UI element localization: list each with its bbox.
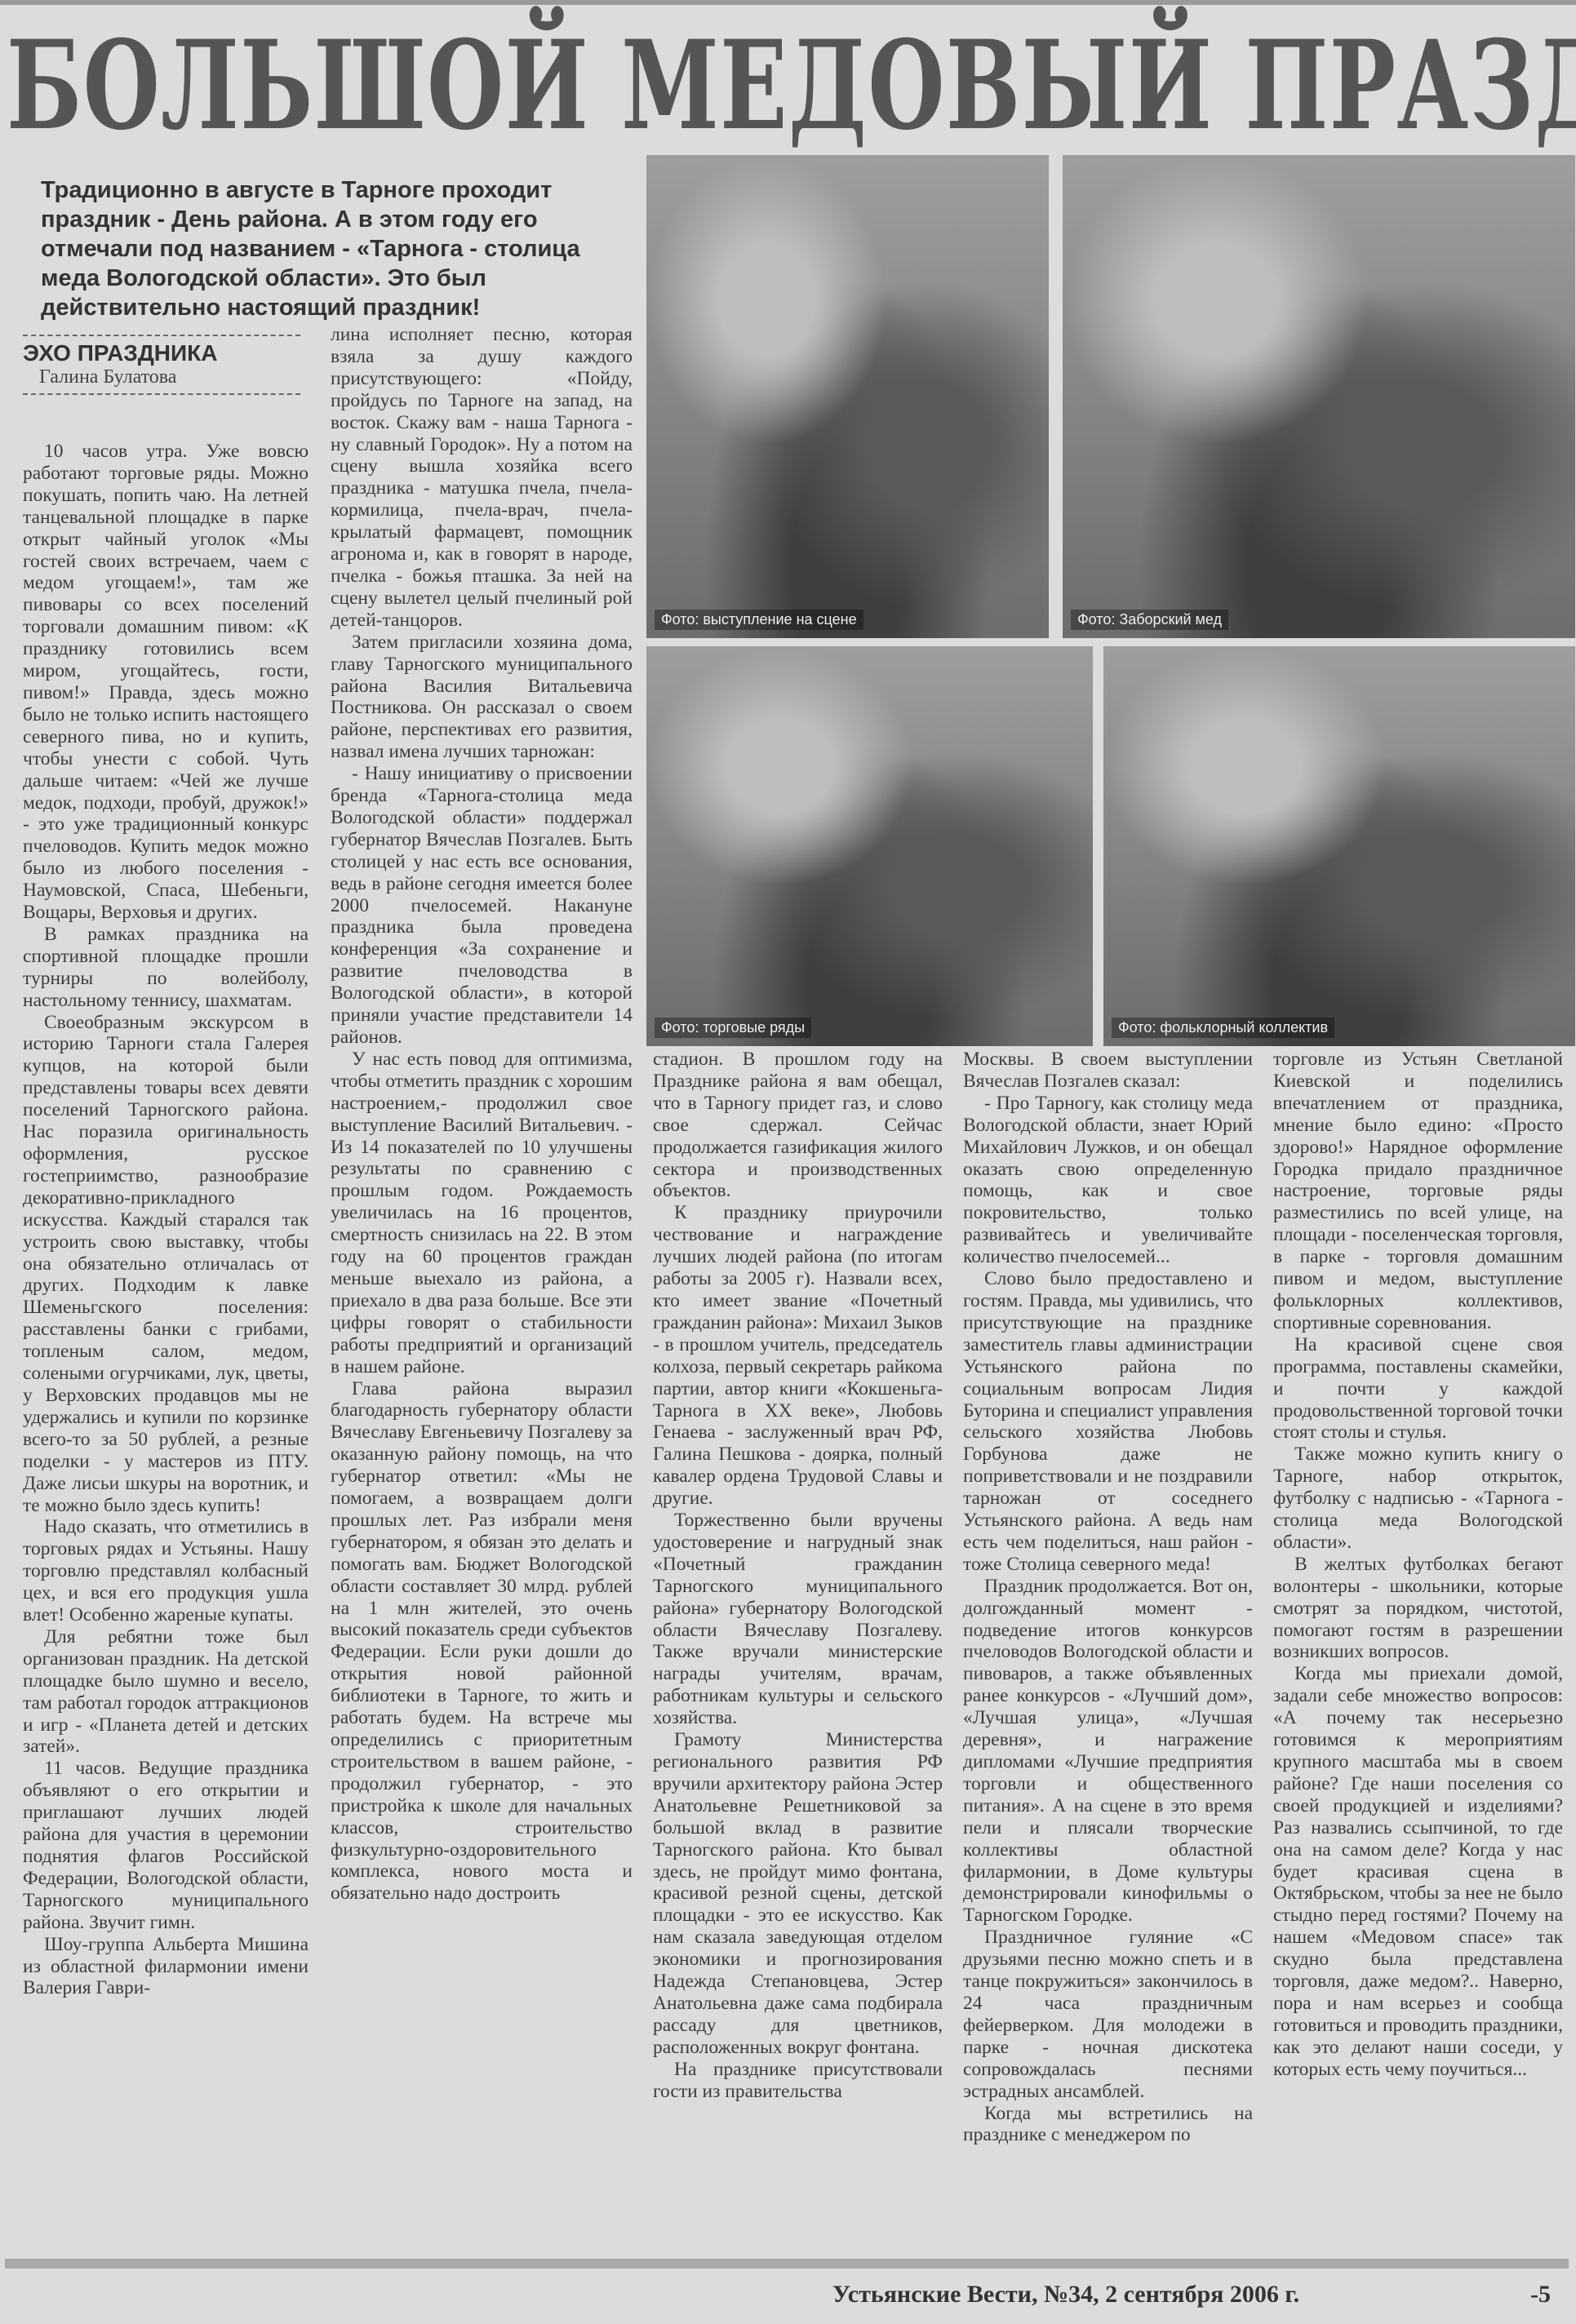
paragraph: - Нашу инициативу о присвоении бренда «Т… xyxy=(331,763,633,1049)
lead-paragraph: Традиционно в августе в Тарноге проходит… xyxy=(41,175,612,322)
photo-market-stall: Фото: торговые ряды xyxy=(646,646,1093,1046)
photo-image xyxy=(1063,155,1575,638)
top-rule xyxy=(0,0,1576,5)
paragraph: Надо сказать, что отметились в торговых … xyxy=(23,1516,309,1626)
photo-caption: Фото: выступление на сцене xyxy=(655,610,863,630)
paragraph: 11 часов. Ведущие праздника объявляют о … xyxy=(23,1758,309,1933)
photo-image xyxy=(1103,646,1575,1046)
paragraph: стадион. В прошлом году на Празднике рай… xyxy=(653,1049,943,1202)
rubric-divider xyxy=(23,388,300,395)
headline: БОЛЬШОЙ МЕДОВЫЙ ПРАЗДНИК xyxy=(7,16,1569,155)
paragraph: Для ребятни тоже был организован праздни… xyxy=(23,1626,309,1758)
rubric-block: ЭХО ПРАЗДНИКА Галина Булатова xyxy=(23,335,300,395)
paragraph: - Про Тарногу, как столицу меда Вологодс… xyxy=(963,1093,1253,1268)
paragraph: Грамоту Министерства регионального разви… xyxy=(653,1729,943,2059)
rubric-title: ЭХО ПРАЗДНИКА xyxy=(23,341,300,366)
photo-image xyxy=(646,646,1093,1046)
photo-honey-stand: Фото: Заборский мед xyxy=(1063,155,1575,638)
paragraph: Праздник продолжается. Вот он, долгождан… xyxy=(963,1576,1253,1927)
paragraph: К празднику приурочили чествование и наг… xyxy=(653,1202,943,1510)
paragraph: На красивой сцене своя программа, постав… xyxy=(1273,1334,1563,1444)
paragraph: 10 часов утра. Уже вовсю работают торгов… xyxy=(23,441,309,924)
photo-stage-speaker: Фото: выступление на сцене xyxy=(646,155,1049,638)
paragraph: У нас есть повод для оптимизма, чтобы от… xyxy=(331,1049,633,1378)
photo-folk-ensemble: Фото: фольклорный коллектив xyxy=(1103,646,1575,1046)
paragraph: В желтых футболках бегают волонтеры - шк… xyxy=(1273,1554,1563,1664)
photo-image xyxy=(646,155,1049,638)
page-footer: Устьянские Вести, №34, 2 сентября 2006 г… xyxy=(832,2281,1551,2308)
paragraph: Шоу-группа Альберта Мишина из областной … xyxy=(23,1934,309,2000)
paragraph: лина исполняет песню, которая взяла за д… xyxy=(331,324,633,632)
article-column-5: торговле из Устьян Светланой Киевской и … xyxy=(1273,1049,1563,2081)
paragraph: Когда мы встретились на празднике с мене… xyxy=(963,2103,1253,2147)
paragraph: торговле из Устьян Светланой Киевской и … xyxy=(1273,1049,1563,1334)
article-column-2: лина исполняет песню, которая взяла за д… xyxy=(331,324,633,1905)
paragraph: Затем пригласили хозяина дома, главу Тар… xyxy=(331,632,633,763)
paragraph: Также можно купить книгу о Тарноге, набо… xyxy=(1273,1444,1563,1554)
photo-caption: Фото: фольклорный коллектив xyxy=(1112,1018,1334,1038)
photo-caption: Фото: Заборский мед xyxy=(1071,610,1228,630)
paragraph: Торжественно были вручены удостоверение … xyxy=(653,1510,943,1729)
paragraph: Глава района выразил благодарность губер… xyxy=(331,1378,633,1905)
article-column-3: стадион. В прошлом году на Празднике рай… xyxy=(653,1049,943,2103)
author-byline: Галина Булатова xyxy=(23,366,300,388)
bottom-rule xyxy=(5,2259,1569,2269)
paragraph: Слово было предоставлено и гостям. Правд… xyxy=(963,1268,1253,1576)
paragraph: Когда мы приехали домой, задали себе мно… xyxy=(1273,1663,1563,2080)
page-number: -5 xyxy=(1530,2281,1551,2308)
paragraph: Праздничное гуляние «С друзьями песню мо… xyxy=(963,1927,1253,2102)
paragraph: На празднике присутствовали гости из пра… xyxy=(653,2059,943,2103)
paragraph: В рамках праздника на спортивной площадк… xyxy=(23,924,309,1012)
paragraph: Своеобразным экскурсом в историю Тарноги… xyxy=(23,1012,309,1517)
article-column-1: 10 часов утра. Уже вовсю работают торгов… xyxy=(23,441,309,1999)
photo-caption: Фото: торговые ряды xyxy=(655,1018,811,1038)
paragraph: Москвы. В своем выступлении Вячеслав Поз… xyxy=(963,1049,1253,1093)
article-column-4: Москвы. В своем выступлении Вячеслав Поз… xyxy=(963,1049,1253,2146)
publication-info: Устьянские Вести, №34, 2 сентября 2006 г… xyxy=(832,2281,1299,2308)
